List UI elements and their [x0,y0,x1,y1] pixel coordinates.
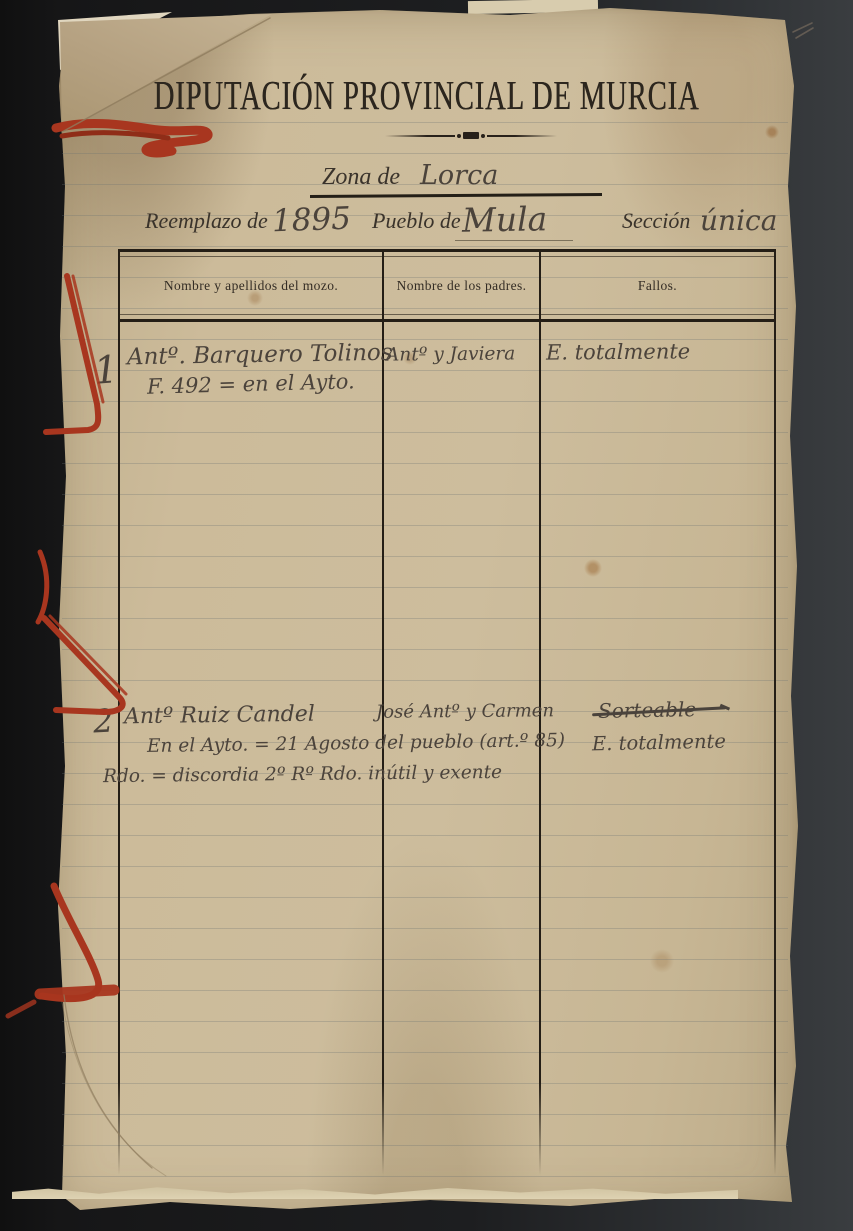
record-2-number: 2 [92,701,114,740]
section-label: Sección [622,208,690,234]
scanned-document-page: DIPUTACIÓN PROVINCIAL DE MURCIA Zona de … [0,0,853,1231]
record-1-ruling: E. totalmente [546,339,690,364]
ruled-lines [62,92,788,1204]
town-value-handwritten: Mula [462,199,548,239]
replacement-value-handwritten: 1895 [271,201,351,240]
column-header-fallos: Fallos. [541,266,774,306]
column-header-padres: Nombre de los padres. [384,266,539,306]
section-value-handwritten: única [700,204,777,237]
zone-line: Zona de Lorca [322,160,498,191]
record-1-parents: Antº y Javiera [386,343,515,365]
column-header-mozo: Nombre y apellidos del mozo. [120,266,382,306]
title-divider-ornament [385,131,557,140]
table-top-border [118,249,776,252]
zone-value-handwritten: Lorca [420,160,498,191]
record-2-ruling: E. totalmente [592,730,726,756]
record-2-parents: José Antº y Carmen [376,700,554,723]
town-underline [455,240,573,241]
replacement-label: Reemplazo de [145,208,268,234]
zone-label: Zona de [322,164,400,190]
table-header-rule [118,319,776,322]
pencil-scribble [793,23,813,38]
town-label: Pueblo de [372,208,461,234]
record-2-name: Antº Ruiz Candel [124,702,315,730]
record-1-number: 1 [92,347,119,393]
table-top-border-inner [118,256,776,257]
table-right-border [774,249,776,1175]
record-2-note-line2: Rdo. = discordia 2º Rº Rdo. inútil y exe… [103,762,502,787]
table-header-rule-inner [118,314,776,315]
document-title: DIPUTACIÓN PROVINCIAL DE MURCIA [77,72,776,119]
record-1-name: Antº. Barquero Tolinos [127,340,393,371]
record-2-ruling-struck: Sorteable [598,697,697,723]
